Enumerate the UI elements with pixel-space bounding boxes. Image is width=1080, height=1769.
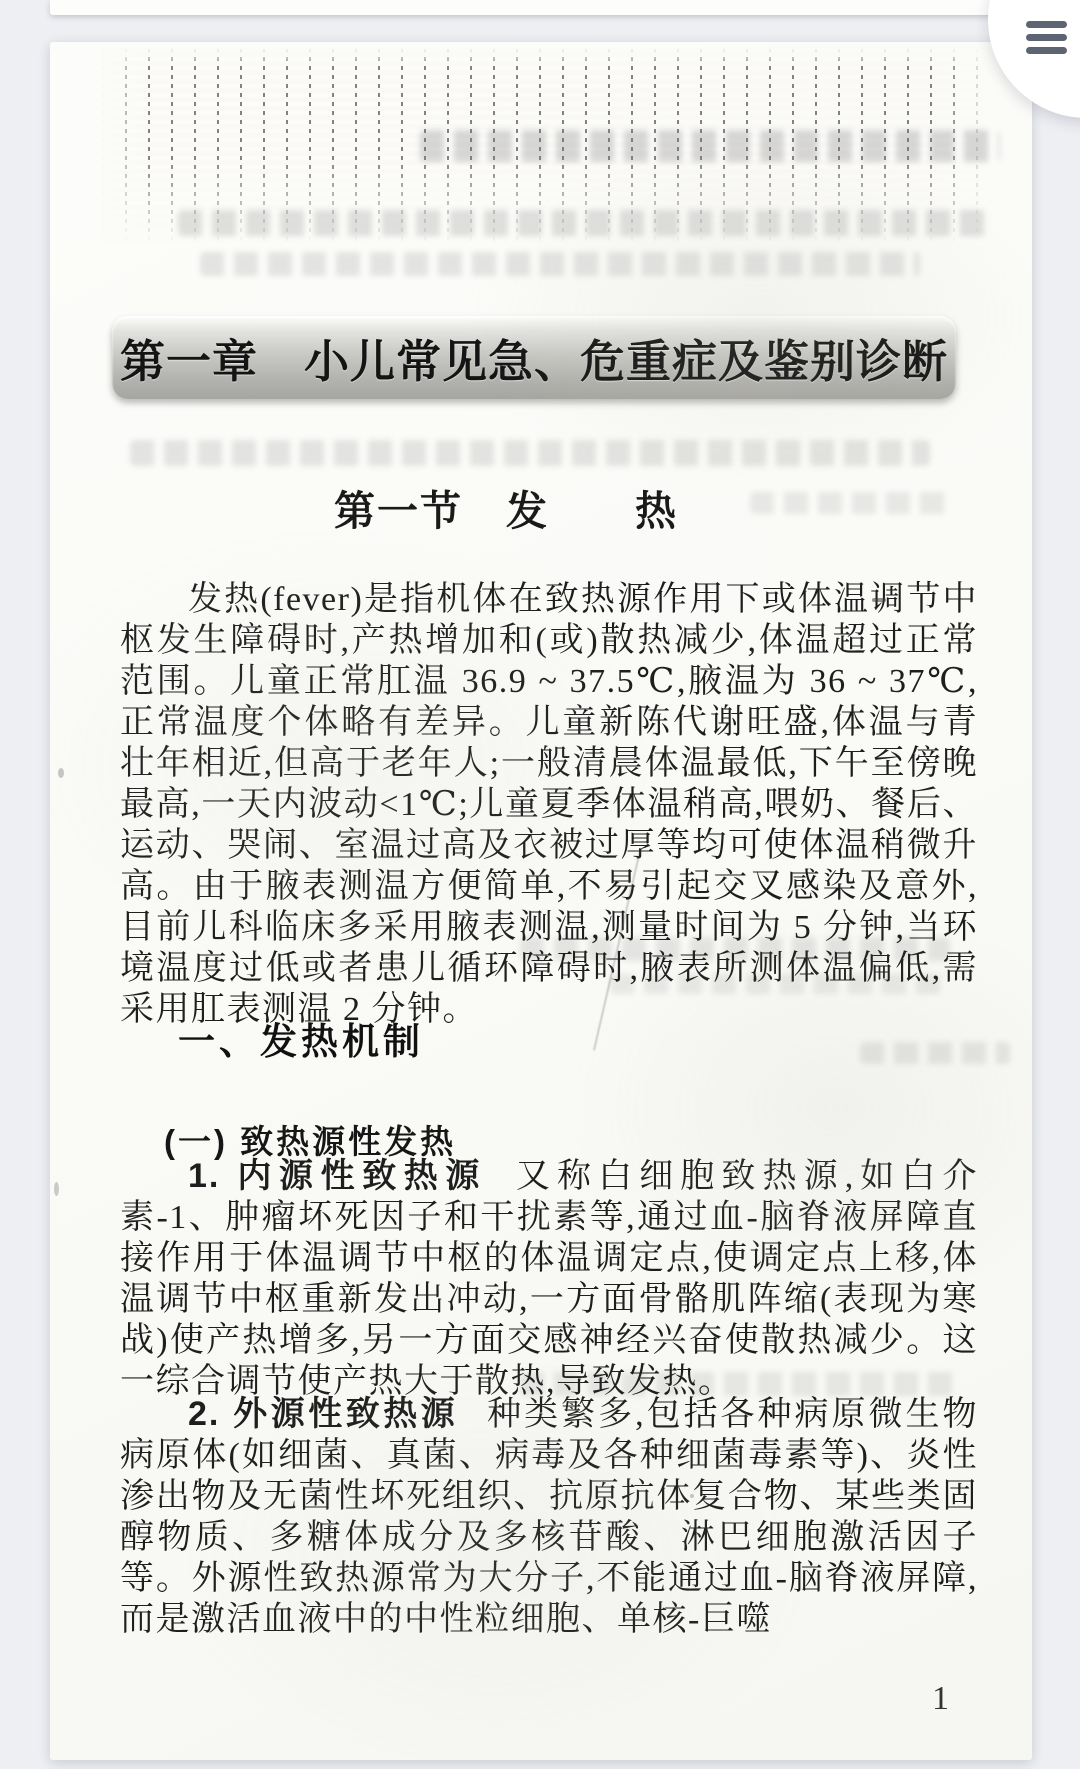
scan-speck	[690, 1494, 694, 1498]
scan-speck	[350, 880, 354, 884]
heading-fever-mechanism: 一、发热机制	[178, 1011, 424, 1065]
bleedthrough-smudge	[130, 440, 930, 466]
scan-speck	[58, 768, 64, 778]
paragraph-endogenous-pyrogen: 1. 内源性致热源又称白细胞致热源,如白介素-1、肿瘤坏死因子和干扰素等,通过血…	[120, 1156, 978, 1402]
chapter-title-banner: 第一章 小儿常见急、危重症及鉴别诊断	[112, 316, 956, 399]
book-page[interactable]: 第一章 小儿常见急、危重症及鉴别诊断 第一节 发 热 发热(fever)是指机体…	[50, 42, 1032, 1760]
previous-page-edge	[50, 0, 1032, 15]
scan-speck	[54, 1182, 59, 1196]
chapter-title: 第一章 小儿常见急、危重症及鉴别诊断	[120, 325, 948, 390]
bleedthrough-smudge	[178, 210, 990, 236]
bleedthrough-smudge	[420, 130, 1000, 162]
paragraph-lead: 2. 外源性致热源	[188, 1395, 458, 1433]
hamburger-bar	[1026, 34, 1067, 41]
reader-screen: 第一章 小儿常见急、危重症及鉴别诊断 第一节 发 热 发热(fever)是指机体…	[0, 0, 1080, 1769]
bleedthrough-smudge	[200, 252, 920, 276]
hamburger-bar	[1026, 47, 1067, 54]
paragraph-exogenous-pyrogen: 2. 外源性致热源种类繁多,包括各种病原微生物病原体(如细菌、真菌、病毒及各种细…	[120, 1394, 978, 1640]
page-number: 1	[932, 1680, 949, 1718]
bleedthrough-smudge	[860, 1042, 1010, 1064]
section-title: 第一节 发 热	[50, 478, 1032, 537]
scan-speck	[872, 598, 886, 602]
hamburger-bar	[1026, 21, 1067, 28]
paragraph-lead: 1. 内源性致热源	[188, 1157, 487, 1195]
intro-paragraph: 发热(fever)是指机体在致热源作用下或体温调节中枢发生障碍时,产热增加和(或…	[120, 579, 978, 1030]
